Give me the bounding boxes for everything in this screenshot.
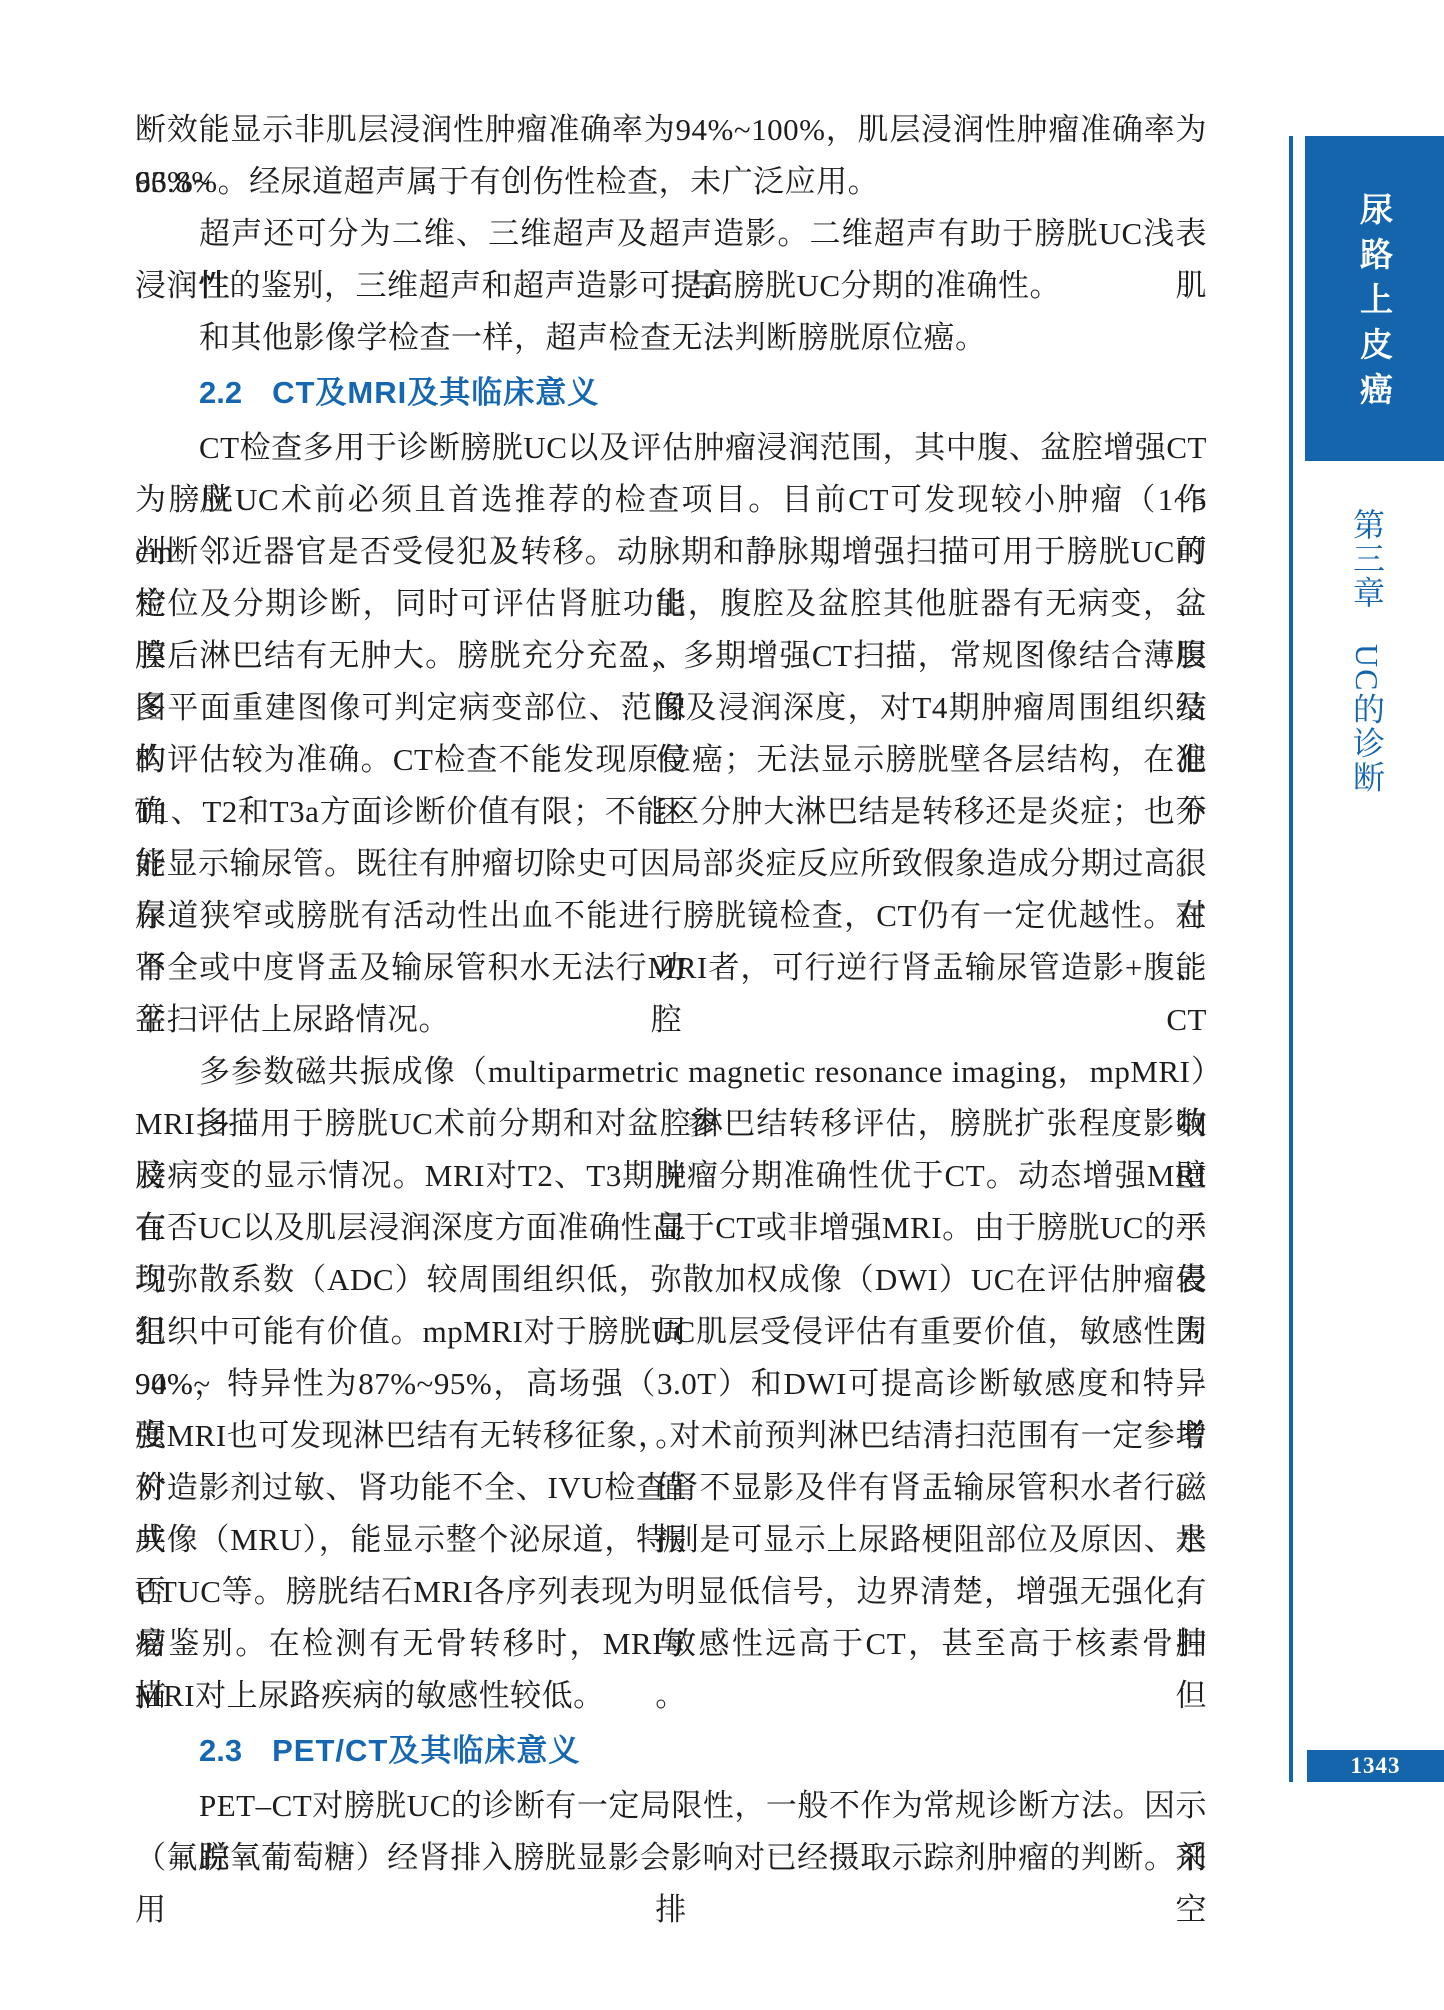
body-line: PET–CT对膀胱UC的诊断有一定局限性，一般不作为常规诊断方法。因示踪剂	[135, 1780, 1207, 1832]
body-line: 断效能显示非肌层浸润性肿瘤准确率为94%~100%，肌层浸润性肿瘤准确率为63%…	[135, 104, 1207, 156]
body-line: （氟脱氧葡萄糖）经肾排入膀胱显影会影响对已经摄取示踪剂肿瘤的判断。采用排空	[135, 1832, 1207, 1884]
body-line: 不全或中度肾盂及输尿管积水无法行MRI者，可行逆行肾盂输尿管造影+腹、盆腔CT	[135, 942, 1207, 994]
body-line: 为膀胱UC术前必须且首选推荐的检查项目。目前CT可发现较小肿瘤（1~5 cm），…	[135, 474, 1207, 526]
page-number: 1343	[1351, 1753, 1401, 1779]
body-line: MRI扫描用于膀胱UC术前分期和对盆腔淋巴结转移评估，膀胱扩张程度影响膀胱壁	[135, 1098, 1207, 1150]
body-line: 对造影剂过敏、肾功能不全、IVU检查肾不显影及伴有肾盂输尿管积水者行磁共振水	[135, 1462, 1207, 1514]
body-line: 膜后淋巴结有无肿大。膀胱充分充盈，多期增强CT扫描，常规图像结合薄层图像及	[135, 630, 1207, 682]
body-line: 成像（MRU），能显示整个泌尿道，特别是可显示上尿路梗阻部位及原因、是否有	[135, 1514, 1207, 1566]
body-line: 瘤鉴别。在检测有无骨转移时，MRI敏感性远高于CT，甚至高于核素骨扫描。但	[135, 1618, 1207, 1670]
body-line: 多平面重建图像可判定病变部位、范围及浸润深度，对T4期肿瘤周围组织结构侵犯	[135, 682, 1207, 734]
side-tab-label: 尿路上皮癌	[1351, 180, 1398, 417]
section-heading: 2.3PET/CT及其临床意义	[135, 1722, 1207, 1780]
body-line: 组织中可能有价值。mpMRI对于膀胱UC肌层受侵评估有重要价值，敏感性为90%~	[135, 1306, 1207, 1358]
section-title: PET/CT及其临床意义	[272, 1733, 580, 1768]
body-line: 好显示输尿管。既往有肿瘤切除史可因局部炎症反应所致假象造成分期过高。存在	[135, 838, 1207, 890]
body-line: 尿道狭窄或膀胱有活动性出血不能进行膀胱镜检查，CT仍有一定优越性。对肾功能	[135, 890, 1207, 942]
body-line: 的评估较为准确。CT检查不能发现原位癌；无法显示膀胱壁各层结构，在准确区分	[135, 734, 1207, 786]
body-line: 有否UC以及肌层浸润深度方面准确性高于CT或非增强MRI。由于膀胱UC的平均表	[135, 1202, 1207, 1254]
section-heading: 2.2CT及MRI及其临床意义	[135, 364, 1207, 422]
page-number-badge: 1343	[1307, 1750, 1444, 1782]
body-line: 强MRI也可发现淋巴结有无转移征象，对术前预判淋巴结清扫范围有一定参考价值。	[135, 1410, 1207, 1462]
text-column: 断效能显示非肌层浸润性肿瘤准确率为94%~100%，肌层浸润性肿瘤准确率为63%…	[135, 104, 1207, 1884]
body-line: 及病变的显示情况。MRI对T2、T3期肿瘤分期准确性优于CT。动态增强MRI在显…	[135, 1150, 1207, 1202]
sidebar-divider-line	[1289, 136, 1293, 1782]
body-line: 定位及分期诊断，同时可评估肾脏功能，腹腔及盆腔其他脏器有无病变，盆腔、腹	[135, 578, 1207, 630]
body-line: 和其他影像学检查一样，超声检查无法判断膀胱原位癌。	[135, 312, 1207, 364]
body-line: 96.8%。经尿道超声属于有创伤性检查，未广泛应用。	[135, 156, 1207, 208]
section-number: 2.3	[199, 1733, 242, 1768]
body-line: 现弥散系数（ADC）较周围组织低，弥散加权成像（DWI）UC在评估肿瘤侵犯周围	[135, 1254, 1207, 1306]
body-line: 浸润性的鉴别，三维超声和超声造影可提高膀胱UC分期的准确性。	[135, 260, 1207, 312]
body-line: 超声还可分为二维、三维超声及超声造影。二维超声有助于膀胱UC浅表性与肌	[135, 208, 1207, 260]
chapter-marker: 第三章 UC的诊断	[1344, 508, 1390, 928]
body-line: T1、T2和T3a方面诊断价值有限；不能区分肿大淋巴结是转移还是炎症；也不能很	[135, 786, 1207, 838]
section-title: CT及MRI及其临床意义	[272, 375, 599, 410]
body-line: 94%，特异性为87%~95%，高场强（3.0T）和DWI可提高诊断敏感度和特异…	[135, 1358, 1207, 1410]
body-line: 多参数磁共振成像（multiparmetric magnetic resonan…	[135, 1046, 1207, 1098]
body-line: 判断邻近器官是否受侵犯及转移。动脉期和静脉期增强扫描可用于膀胱UC的检出、	[135, 526, 1207, 578]
body-line: UTUC等。膀胱结石MRI各序列表现为明显低信号，边界清楚，增强无强化，易与肿	[135, 1566, 1207, 1618]
side-tab: 尿路上皮癌	[1305, 136, 1444, 461]
document-page: 断效能显示非肌层浸润性肿瘤准确率为94%~100%，肌层浸润性肿瘤准确率为63%…	[0, 0, 1444, 2010]
body-line: CT检查多用于诊断膀胱UC以及评估肿瘤浸润范围，其中腹、盆腔增强CT应作	[135, 422, 1207, 474]
section-number: 2.2	[199, 375, 242, 410]
